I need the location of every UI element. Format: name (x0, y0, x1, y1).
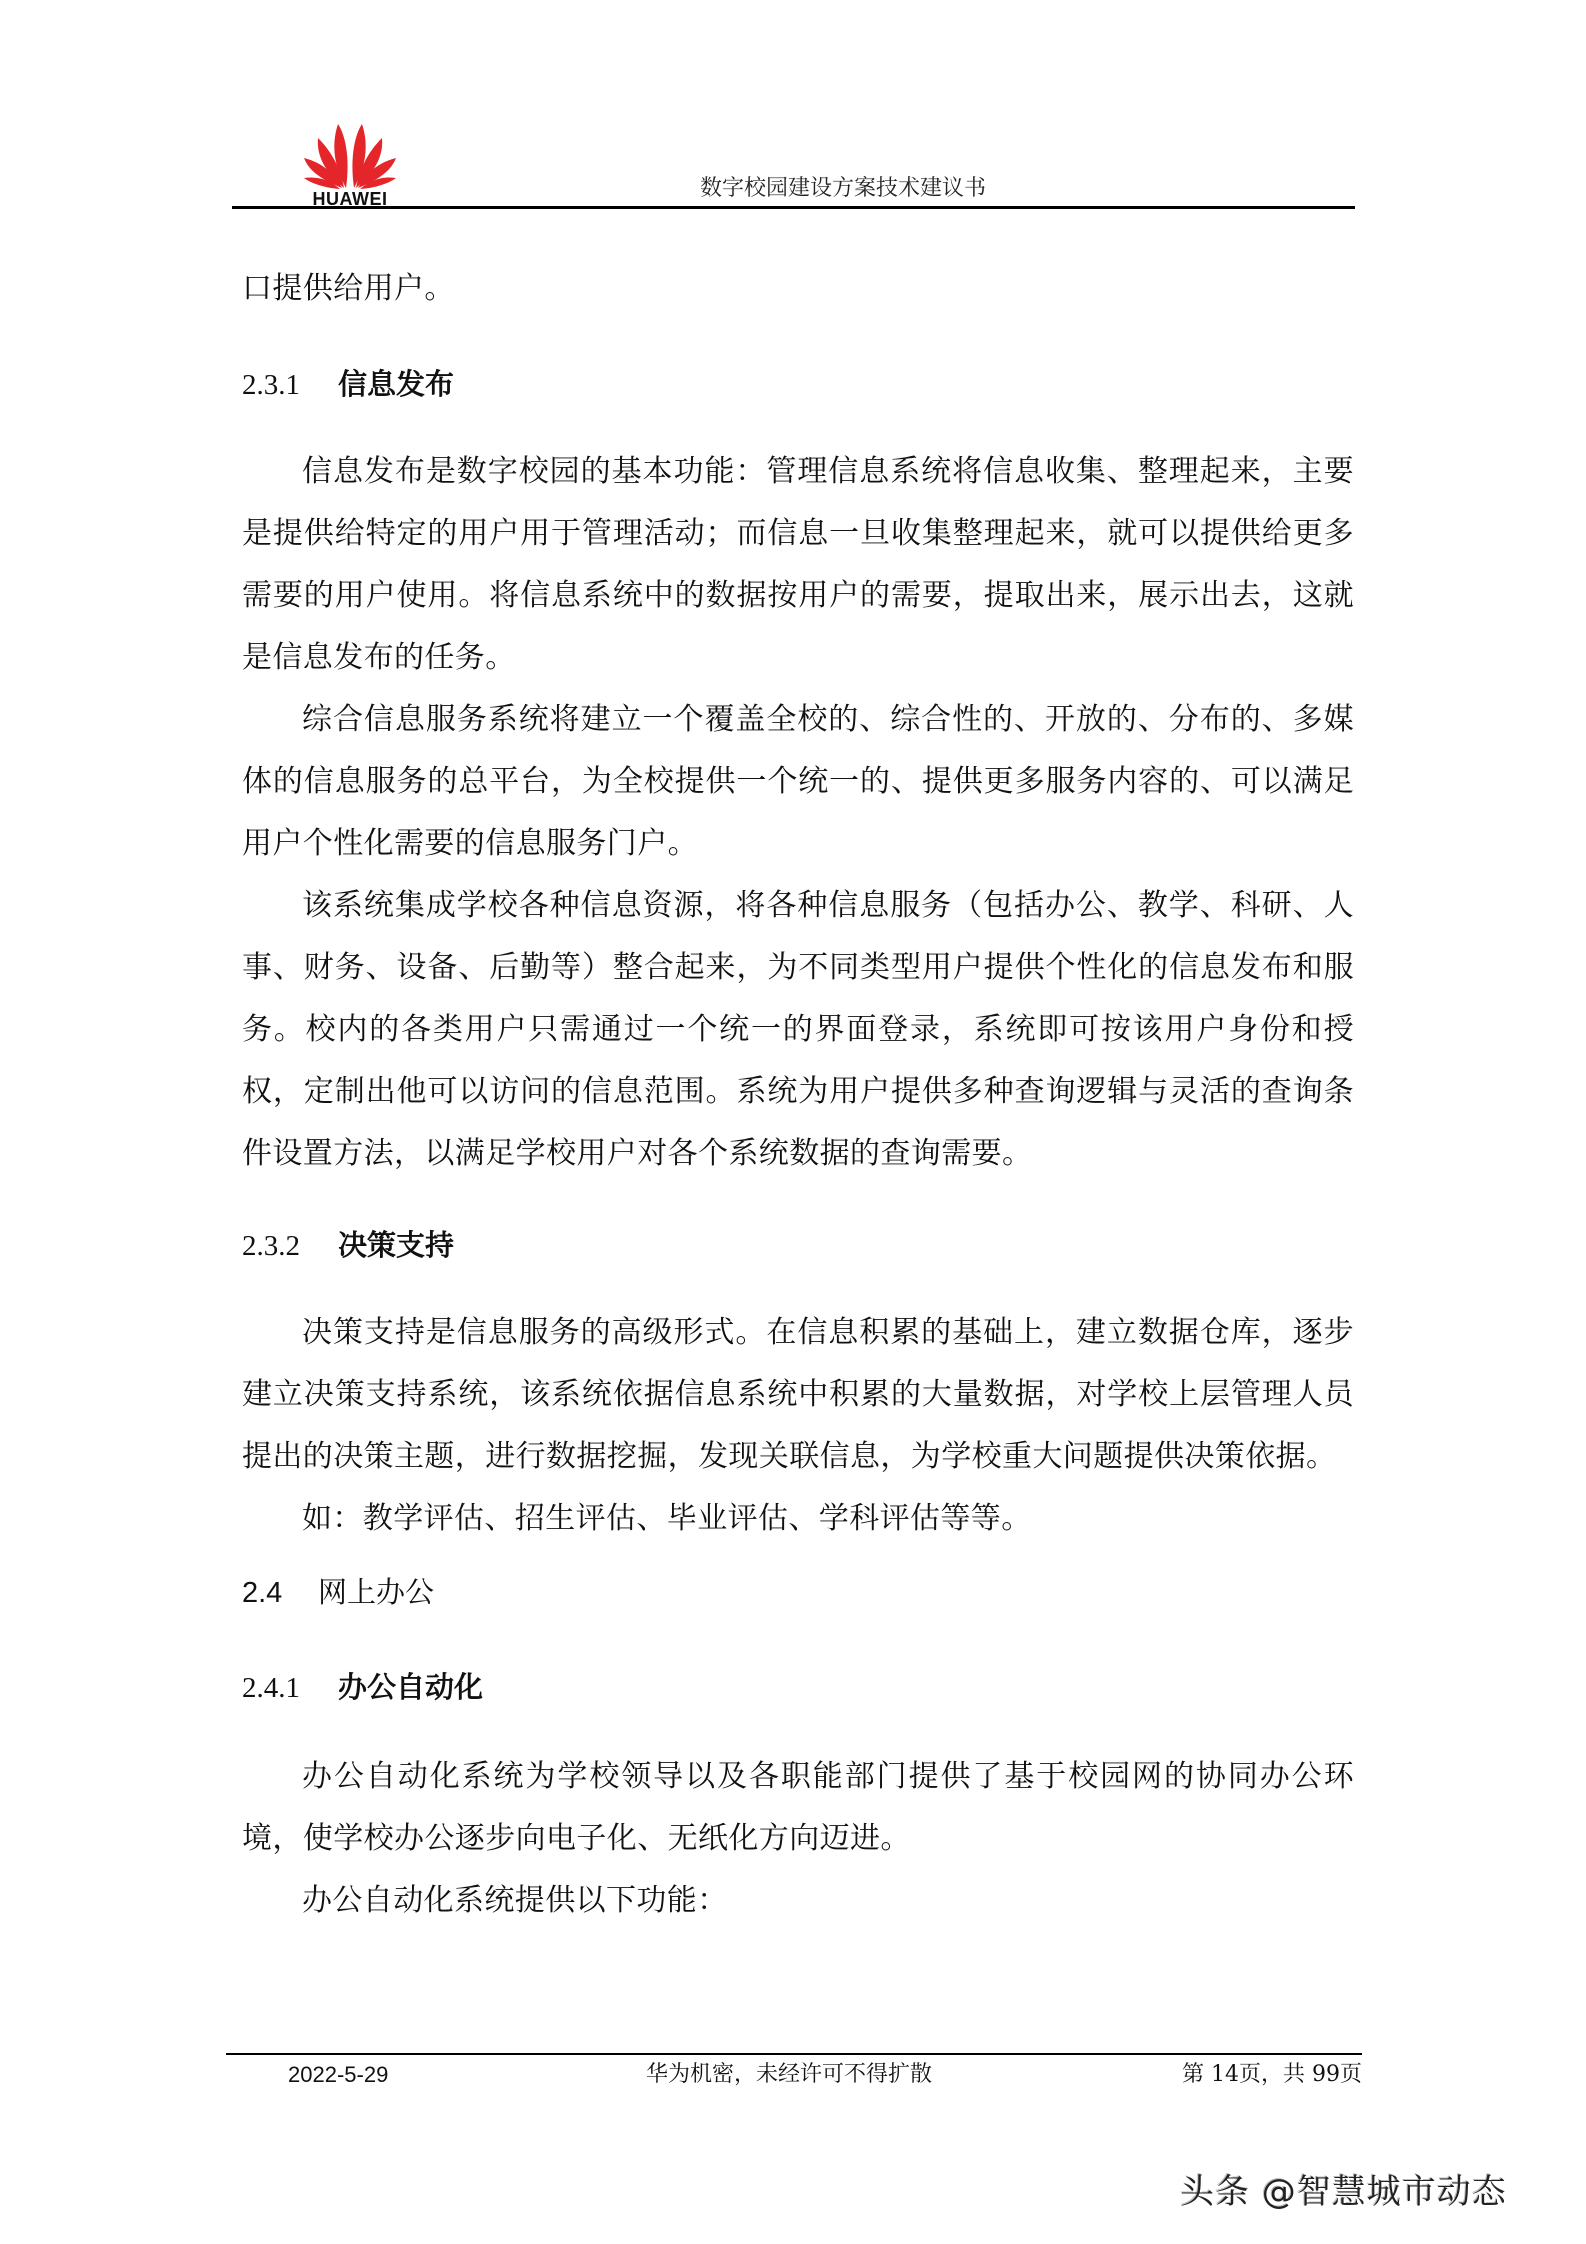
page-footer: 2022-5-29 华为机密，未经许可不得扩散 第 14页，共 99页 (226, 2060, 1362, 2090)
paragraph: 如：教学评估、招生评估、毕业评估、学科评估等等。 (242, 1488, 1354, 1550)
section-title: 办公自动化 (338, 1667, 483, 1707)
footer-confidentiality: 华为机密，未经许可不得扩散 (646, 2060, 932, 2090)
section-body-2-3-2: 决策支持是信息服务的高级形式。在信息积累的基础上，建立数据仓库，逐步建立决策支持… (242, 1302, 1354, 1550)
lead-paragraph: 口提供给用户。 (242, 258, 1354, 320)
section-heading-2-4: 2.4 网上办公 (242, 1572, 1354, 1613)
section-title: 网上办公 (318, 1572, 434, 1612)
paragraph: 该系统集成学校各种信息资源，将各种信息服务（包括办公、教学、科研、人事、财务、设… (242, 875, 1354, 1185)
document-title: 数字校园建设方案技术建议书 (700, 176, 986, 202)
section-title: 信息发布 (338, 364, 454, 404)
huawei-petals-icon (300, 118, 400, 190)
page-header: HUAWEI 数字校园建设方案技术建议书 (0, 0, 1586, 215)
paragraph: 综合信息服务系统将建立一个覆盖全校的、综合性的、开放的、分布的、多媒体的信息服务… (242, 689, 1354, 875)
footer-divider (226, 2053, 1362, 2055)
paragraph: 办公自动化系统为学校领导以及各职能部门提供了基于校园网的协同办公环境，使学校办公… (242, 1746, 1354, 1870)
section-heading-2-3-1: 2.3.1 信息发布 (242, 364, 1354, 405)
paragraph: 决策支持是信息服务的高级形式。在信息积累的基础上，建立数据仓库，逐步建立决策支持… (242, 1302, 1354, 1488)
section-body-2-3-1: 信息发布是数字校园的基本功能：管理信息系统将信息收集、整理起来，主要是提供给特定… (242, 441, 1354, 1185)
paragraph: 办公自动化系统提供以下功能： (242, 1870, 1354, 1932)
section-body-2-4-1: 办公自动化系统为学校领导以及各职能部门提供了基于校园网的协同办公环境，使学校办公… (242, 1746, 1354, 1932)
section-number: 2.4 (242, 1573, 318, 1613)
huawei-logo: HUAWEI (300, 118, 400, 208)
section-number: 2.4.1 (242, 1668, 338, 1708)
document-body: 口提供给用户。 2.3.1 信息发布 信息发布是数字校园的基本功能：管理信息系统… (242, 258, 1354, 1932)
section-heading-2-3-2: 2.3.2 决策支持 (242, 1225, 1354, 1266)
section-title: 决策支持 (338, 1225, 454, 1265)
header-divider (232, 206, 1355, 209)
section-heading-2-4-1: 2.4.1 办公自动化 (242, 1667, 1354, 1708)
watermark: 头条 @智慧城市动态 (1180, 2164, 1507, 2213)
section-number: 2.3.1 (242, 365, 338, 405)
footer-date: 2022-5-29 (288, 2060, 388, 2090)
section-number: 2.3.2 (242, 1226, 338, 1266)
footer-page-number: 第 14页，共 99页 (1182, 2060, 1362, 2090)
paragraph: 信息发布是数字校园的基本功能：管理信息系统将信息收集、整理起来，主要是提供给特定… (242, 441, 1354, 689)
